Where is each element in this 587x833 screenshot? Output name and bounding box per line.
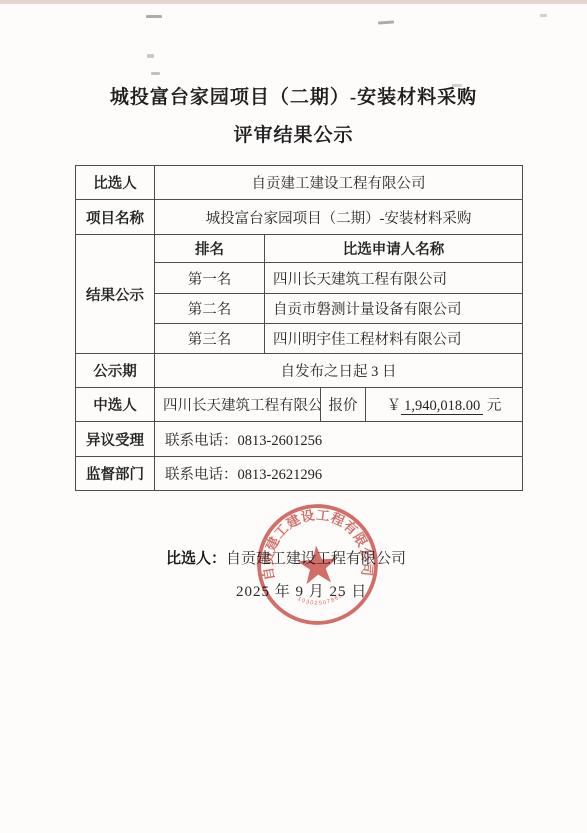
rank3-value-cell: 四川明宇佳工程材料有限公司 [265, 324, 523, 354]
rank3-label-cell: 第三名 [155, 324, 265, 354]
table-row-winner: 中选人 四川长天建筑工程有限公司 报价 ￥1,940,018.00 元 [76, 388, 523, 422]
table-row-objection: 异议受理 联系电话：0813-2601256 [76, 422, 523, 457]
title-line-2: 评审结果公示 [0, 124, 587, 148]
scan-speckle [146, 15, 162, 18]
bidder-value-cell: 自贡建工建设工程有限公司 [155, 166, 523, 200]
winner-value-cell: 四川长天建筑工程有限公司 [155, 388, 321, 422]
result-label-cell: 结果公示 [76, 235, 155, 354]
scan-speckle [378, 20, 394, 24]
document-page: 城投富台家园项目（二期）-安装材料采购 评审结果公示 比选人 自贡建工建设工程有… [0, 0, 587, 833]
table-row-supervision: 监督部门 联系电话：0813-2621296 [76, 457, 523, 491]
period-label-cell: 公示期 [76, 354, 155, 388]
objection-label-cell: 异议受理 [76, 422, 155, 457]
table-row-rank-header: 结果公示 排名 比选申请人名称 [76, 235, 523, 263]
objection-value-cell: 联系电话：0813-2601256 [155, 422, 523, 457]
scan-speckle [147, 54, 154, 58]
table-row-project: 项目名称 城投富台家园项目（二期）-安装材料采购 [76, 200, 523, 235]
company-seal-stamp: 自贡建工建设工程有限公司 103025078656 [250, 497, 386, 633]
rank1-label-cell: 第一名 [155, 263, 265, 294]
period-value-cell: 自发布之日起 3 日 [155, 354, 523, 388]
quote-currency: ￥ [387, 398, 402, 414]
scan-speckle [540, 14, 547, 17]
quote-label-cell: 报价 [321, 388, 366, 422]
project-value-cell: 城投富台家园项目（二期）-安装材料采购 [155, 200, 523, 235]
table-row-bidder: 比选人 自贡建工建设工程有限公司 [76, 166, 523, 200]
result-table: 比选人 自贡建工建设工程有限公司 项目名称 城投富台家园项目（二期）-安装材料采… [75, 165, 523, 491]
rank-header-cell: 排名 [155, 235, 265, 263]
rank1-value-cell: 四川长天建筑工程有限公司 [265, 263, 523, 294]
footer-signer-label: 比选人： [166, 551, 226, 567]
supervision-value-cell: 联系电话：0813-2621296 [155, 457, 523, 491]
rank2-value-cell: 自贡市磐测计量设备有限公司 [265, 294, 523, 324]
rank2-label-cell: 第二名 [155, 294, 265, 324]
supervision-label-cell: 监督部门 [76, 457, 155, 491]
table-row-period: 公示期 自发布之日起 3 日 [76, 354, 523, 388]
quote-value-cell: ￥1,940,018.00 元 [366, 388, 523, 422]
document-title: 城投富台家园项目（二期）-安装材料采购 评审结果公示 [0, 86, 587, 148]
quote-amount: 1,940,018.00 [401, 398, 483, 415]
winner-label-cell: 中选人 [76, 388, 155, 422]
quote-unit: 元 [487, 398, 502, 414]
project-label-cell: 项目名称 [76, 200, 155, 235]
scan-speckle [151, 72, 160, 75]
bidder-label-cell: 比选人 [76, 166, 155, 200]
title-line-1: 城投富台家园项目（二期）-安装材料采购 [0, 86, 587, 110]
applicant-header-cell: 比选申请人名称 [265, 235, 523, 263]
scanner-edge-strip [0, 0, 587, 4]
stamp-star-icon [296, 544, 338, 585]
